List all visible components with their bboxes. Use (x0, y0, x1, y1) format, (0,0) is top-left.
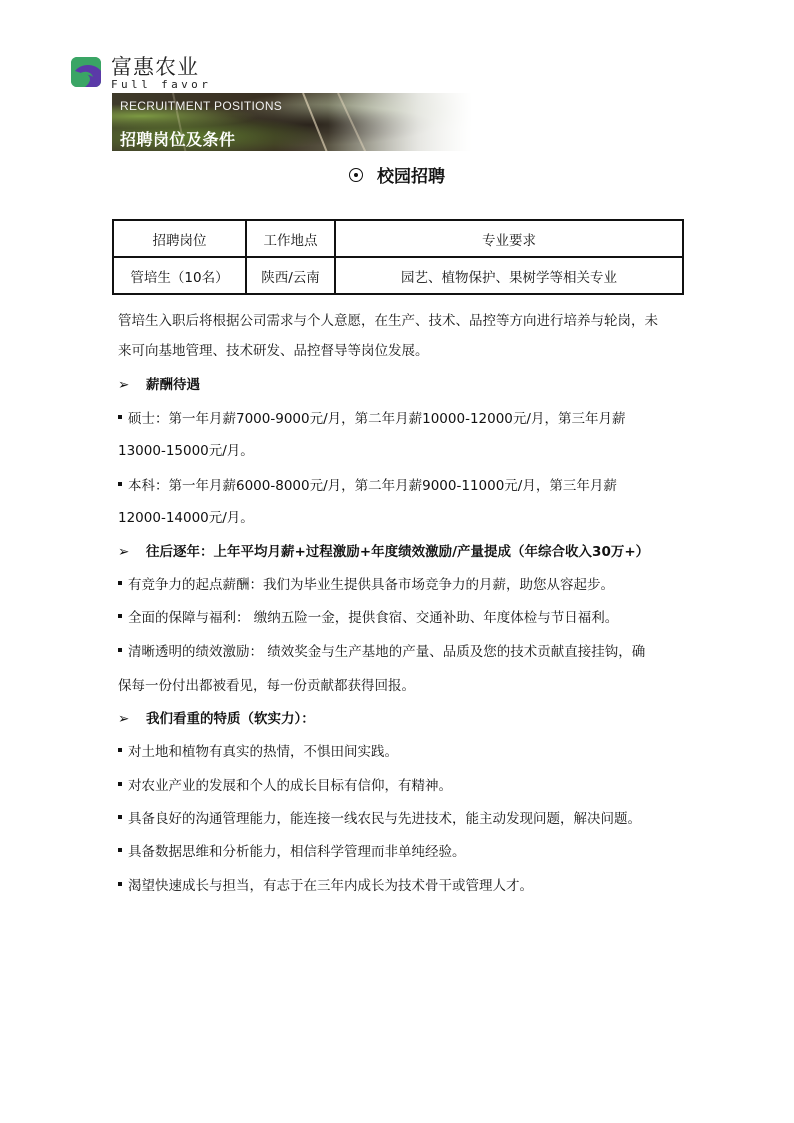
section-title: 校园招聘 (0, 162, 794, 187)
logo-name-cn: 富惠农业 (111, 57, 211, 78)
later-years-item-2: 全面的保障与福利： 缴纳五险一金，提供食宿、交通补助、年度体检与节日福利。 (118, 609, 618, 627)
salary-heading: ➢薪酬待遇 (118, 376, 200, 394)
square-bullet-icon (118, 848, 122, 852)
square-bullet-icon (118, 614, 122, 618)
arrow-bullet-icon: ➢ (118, 710, 146, 728)
header-major: 专业要求 (335, 220, 683, 257)
qualities-item-1: 对土地和植物有真实的热情，不惧田间实践。 (118, 743, 398, 761)
later-years-item-1: 有竞争力的起点薪酬：我们为毕业生提供具备市场竞争力的月薪，助您从容起步。 (118, 576, 614, 594)
cell-location: 陕西/云南 (246, 257, 335, 294)
square-bullet-icon (118, 648, 122, 652)
qualities-item-4: 具备数据思维和分析能力，相信科学管理而非单纯经验。 (118, 843, 466, 861)
arrow-bullet-icon: ➢ (118, 376, 146, 394)
salary-master-line-2: 13000-15000元/月。 (118, 442, 254, 460)
table-header-row: 招聘岗位 工作地点 专业要求 (113, 220, 683, 257)
square-bullet-icon (118, 748, 122, 752)
square-bullet-icon (118, 882, 122, 886)
intro-line-1: 管培生入职后将根据公司需求与个人意愿，在生产、技术、品控等方向进行培养与轮岗，未 (118, 312, 658, 330)
section-title-text: 校园招聘 (377, 167, 445, 187)
qualities-heading-text: 我们看重的特质（软实力）： (146, 711, 315, 727)
square-bullet-icon (118, 581, 122, 585)
logo-leaf-icon (71, 57, 101, 87)
later-years-item-text: 有竞争力的起点薪酬：我们为毕业生提供具备市场竞争力的月薪，助您从容起步。 (128, 577, 614, 593)
salary-master-line-1: 硕士：第一年月薪7000-9000元/月，第二年月薪10000-12000元/月… (118, 410, 625, 428)
table-row: 管培生（10名） 陕西/云南 园艺、植物保护、果树学等相关专业 (113, 257, 683, 294)
square-bullet-icon (118, 415, 122, 419)
qualities-item-text: 对农业产业的发展和个人的成长目标有信仰，有精神。 (128, 778, 452, 794)
company-logo: 富惠农业 Full favor (71, 57, 211, 90)
later-years-item-3: 清晰透明的绩效激励： 绩效奖金与生产基地的产量、品质及您的技术贡献直接挂钩，确 (118, 643, 645, 661)
salary-bachelor-text: 本科：第一年月薪6000-8000元/月，第二年月薪9000-11000元/月，… (128, 478, 617, 494)
later-years-continuation: 保每一份付出都被看见，每一份贡献都获得回报。 (118, 677, 415, 695)
header-location: 工作地点 (246, 220, 335, 257)
qualities-item-3: 具备良好的沟通管理能力，能连接一线农民与先进技术，能主动发现问题，解决问题。 (118, 810, 641, 828)
qualities-item-text: 对土地和植物有真实的热情，不惧田间实践。 (128, 744, 398, 760)
banner-title-cn: 招聘岗位及条件 (120, 127, 236, 150)
positions-table: 招聘岗位 工作地点 专业要求 管培生（10名） 陕西/云南 园艺、植物保护、果树… (112, 219, 684, 295)
later-years-item-text: 全面的保障与福利： 缴纳五险一金，提供食宿、交通补助、年度体检与节日福利。 (128, 610, 618, 626)
later-years-item-text: 清晰透明的绩效激励： 绩效奖金与生产基地的产量、品质及您的技术贡献直接挂钩，确 (128, 644, 645, 660)
qualities-item-text: 渴望快速成长与担当，有志于在三年内成长为技术骨干或管理人才。 (128, 878, 533, 894)
section-banner: RECRUITMENT POSITIONS 招聘岗位及条件 (112, 93, 472, 151)
square-bullet-icon (118, 815, 122, 819)
qualities-heading: ➢我们看重的特质（软实力）： (118, 710, 315, 728)
logo-name-en: Full favor (111, 79, 211, 90)
salary-heading-text: 薪酬待遇 (146, 377, 200, 393)
qualities-item-2: 对农业产业的发展和个人的成长目标有信仰，有精神。 (118, 777, 452, 795)
later-years-heading-text: 往后逐年：上年平均月薪+过程激励+年度绩效激励/产量提成（年综合收入30万+） (146, 544, 649, 560)
qualities-item-text: 具备良好的沟通管理能力，能连接一线农民与先进技术，能主动发现问题，解决问题。 (128, 811, 641, 827)
later-years-heading: ➢往后逐年：上年平均月薪+过程激励+年度绩效激励/产量提成（年综合收入30万+） (118, 543, 649, 561)
cell-position: 管培生（10名） (113, 257, 246, 294)
intro-line-2: 来可向基地管理、技术研发、品控督导等岗位发展。 (118, 342, 429, 360)
qualities-item-5: 渴望快速成长与担当，有志于在三年内成长为技术骨干或管理人才。 (118, 877, 533, 895)
salary-bachelor-line-2: 12000-14000元/月。 (118, 509, 254, 527)
square-bullet-icon (118, 782, 122, 786)
banner-title-en: RECRUITMENT POSITIONS (120, 99, 282, 113)
square-bullet-icon (118, 482, 122, 486)
arrow-bullet-icon: ➢ (118, 543, 146, 561)
cell-major: 园艺、植物保护、果树学等相关专业 (335, 257, 683, 294)
salary-bachelor-line-1: 本科：第一年月薪6000-8000元/月，第二年月薪9000-11000元/月，… (118, 477, 617, 495)
circled-dot-icon (349, 168, 363, 182)
salary-master-text: 硕士：第一年月薪7000-9000元/月，第二年月薪10000-12000元/月… (128, 411, 625, 427)
qualities-item-text: 具备数据思维和分析能力，相信科学管理而非单纯经验。 (128, 844, 466, 860)
header-position: 招聘岗位 (113, 220, 246, 257)
